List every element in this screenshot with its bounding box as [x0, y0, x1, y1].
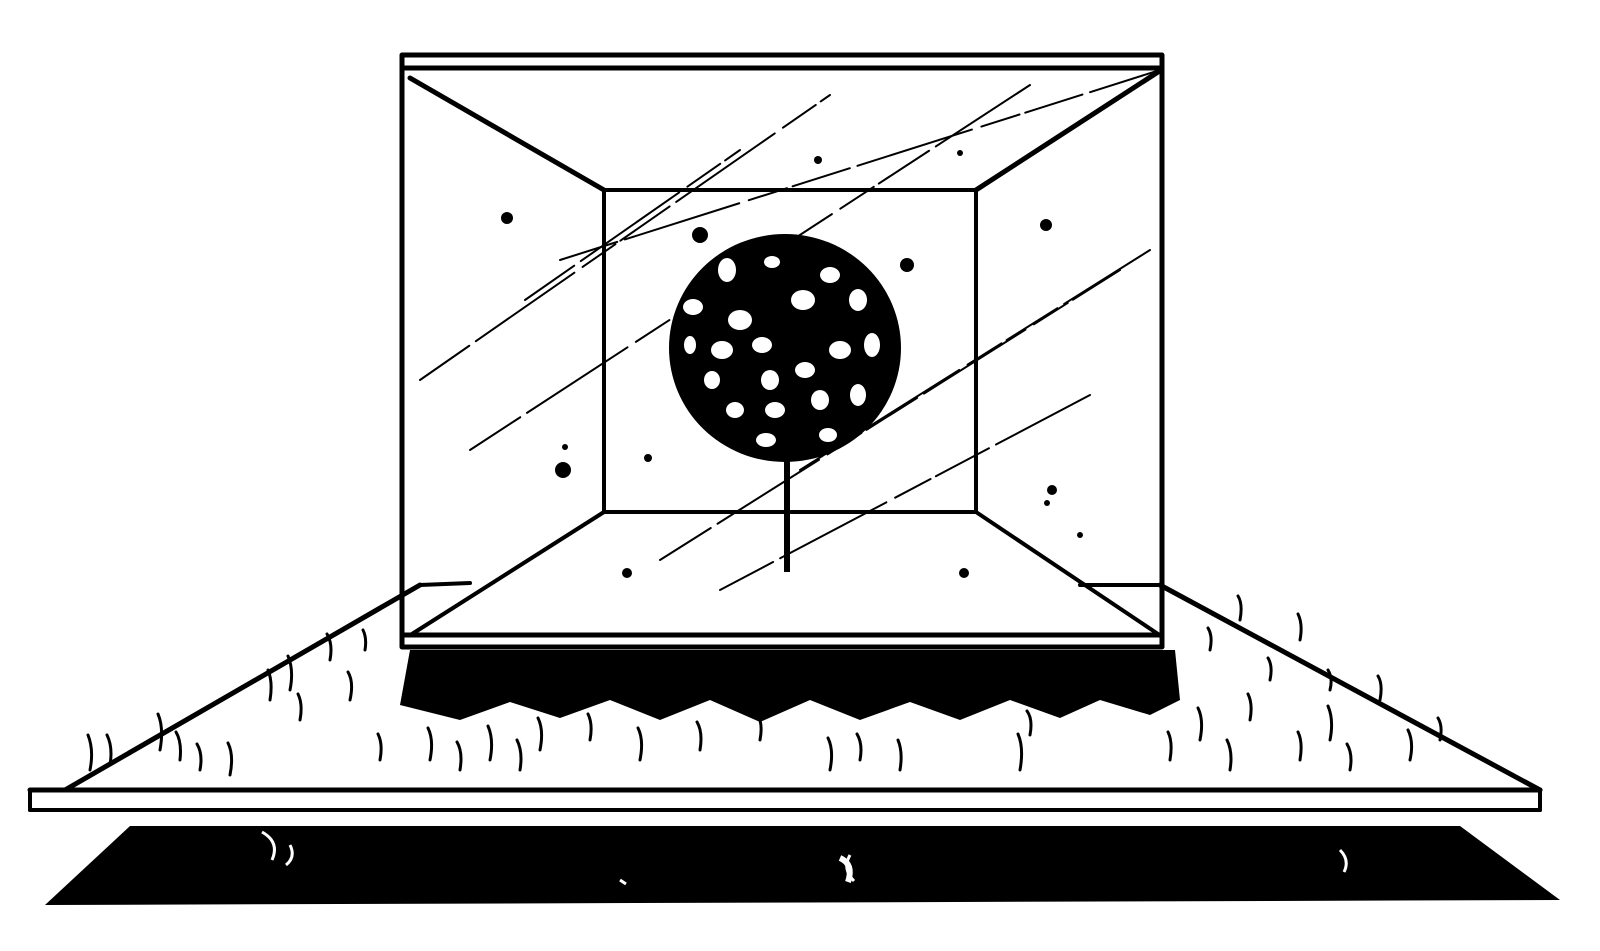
spotted-tree-canopy: [669, 234, 901, 462]
illustration: [0, 0, 1600, 951]
cast-shadow: [45, 826, 1560, 905]
tree: [669, 234, 901, 572]
plinth-edge: [30, 790, 1540, 810]
grass-plinth: [30, 583, 1540, 810]
